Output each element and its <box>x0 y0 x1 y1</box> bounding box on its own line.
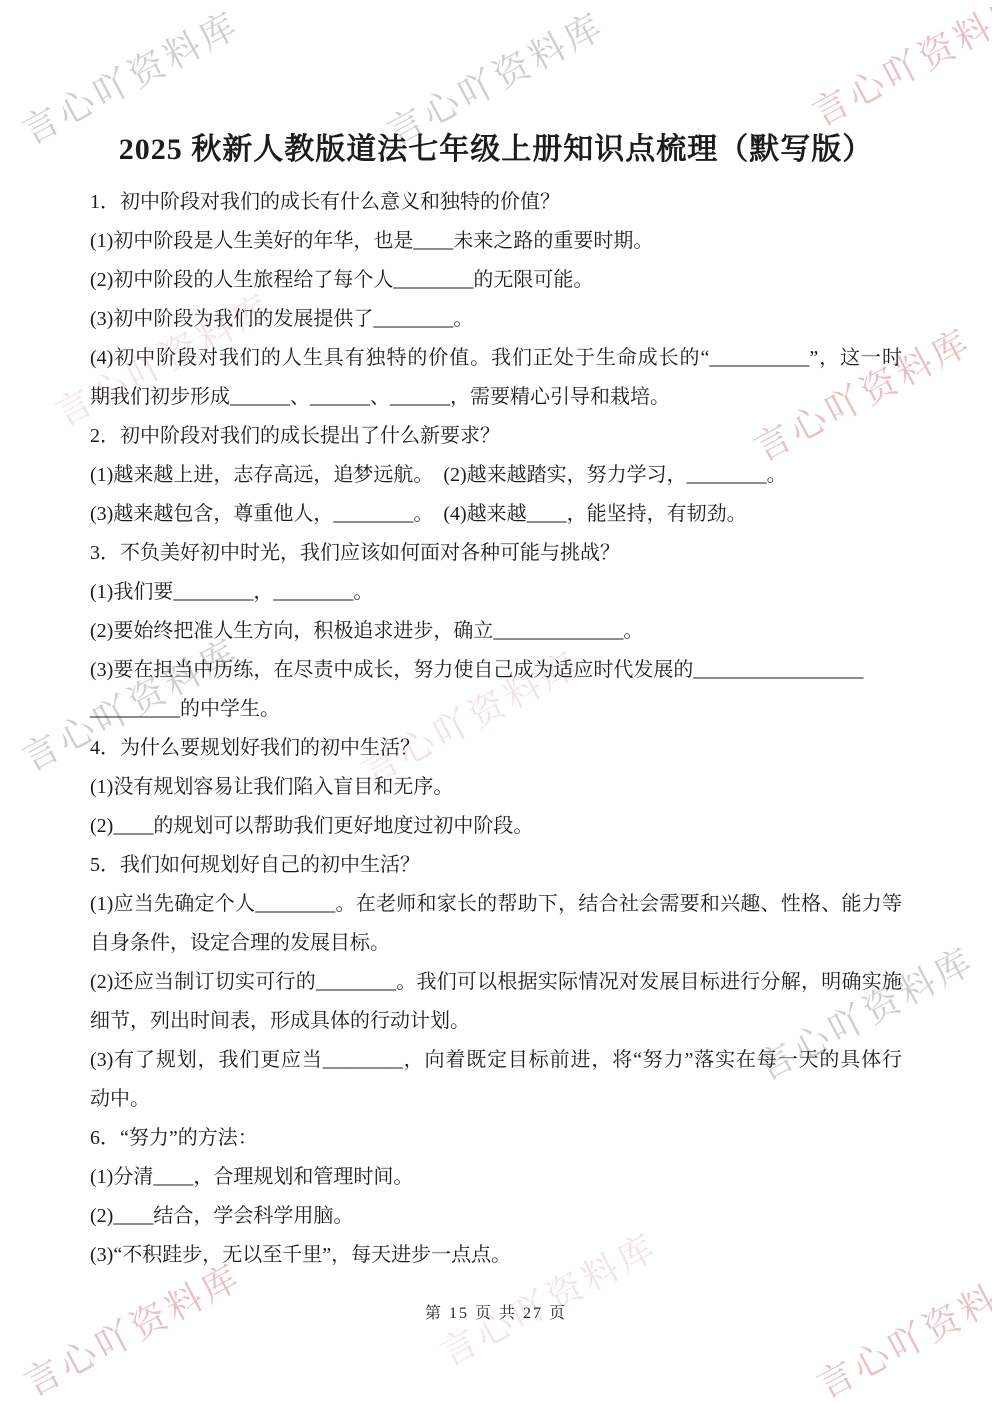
doc-line: (3)越来越包含，尊重他人，________。 (4)越来越____，能坚持，有… <box>90 495 902 534</box>
doc-line: (3)要在担当中历练，在尽责中成长，努力使自己成为适应时代发展的________… <box>90 651 902 690</box>
doc-line: 6．“努力”的方法： <box>90 1119 902 1158</box>
doc-line: (1)没有规划容易让我们陷入盲目和无序。 <box>90 768 902 807</box>
doc-line: (1)应当先确定个人________。在老师和家长的帮助下，结合社会需要和兴趣、… <box>90 885 902 924</box>
document-body: 1．初中阶段对我们的成长有什么意义和独特的价值？ (1)初中阶段是人生美好的年华… <box>90 183 902 1275</box>
page-footer: 第 15 页 共 27 页 <box>0 1300 992 1323</box>
doc-line: (2)初中阶段的人生旅程给了每个人________的无限可能。 <box>90 261 902 300</box>
doc-line: (3)初中阶段为我们的发展提供了________。 <box>90 300 902 339</box>
doc-line: (2)还应当制订切实可行的________。我们可以根据实际情况对发展目标进行分… <box>90 963 902 1002</box>
doc-line: (1)分清____，合理规划和管理时间。 <box>90 1158 902 1197</box>
watermark-text: 言心吖资料库 <box>802 0 992 137</box>
doc-line: _________的中学生。 <box>90 690 902 729</box>
doc-line: 2．初中阶段对我们的成长提出了什么新要求？ <box>90 417 902 456</box>
doc-line: 期我们初步形成______、______、______，需要精心引导和栽培。 <box>90 378 902 417</box>
page-title: 2025 秋新人教版道法七年级上册知识点梳理（默写版） <box>0 124 992 168</box>
doc-line: 4．为什么要规划好我们的初中生活？ <box>90 729 902 768</box>
doc-line: (1)越来越上进，志存高远，追梦远航。 (2)越来越踏实，努力学习，______… <box>90 456 902 495</box>
doc-line: (2)____结合，学会科学用脑。 <box>90 1197 902 1236</box>
doc-line: 动中。 <box>90 1080 902 1119</box>
doc-line: (1)初中阶段是人生美好的年华，也是____未来之路的重要时期。 <box>90 222 902 261</box>
doc-line: 5．我们如何规划好自己的初中生活？ <box>90 846 902 885</box>
doc-line: (2)要始终把准人生方向，积极追求进步，确立_____________。 <box>90 612 902 651</box>
doc-line: 自身条件，设定合理的发展目标。 <box>90 924 902 963</box>
doc-line: 细节，列出时间表，形成具体的行动计划。 <box>90 1002 902 1041</box>
document-page: 言心吖资料库 言心吖资料库 言心吖资料库 言心吖资料库 言心吖资料库 言心吖资料… <box>0 0 992 1403</box>
doc-line: (4)初中阶段对我们的人生具有独特的价值。我们正处于生命成长的“________… <box>90 339 902 378</box>
doc-line: (2)____的规划可以帮助我们更好地度过初中阶段。 <box>90 807 902 846</box>
doc-line: (3)有了规划，我们更应当________，向着既定目标前进，将“努力”落实在每… <box>90 1041 902 1080</box>
doc-line: 1．初中阶段对我们的成长有什么意义和独特的价值？ <box>90 183 902 222</box>
doc-line: 3．不负美好初中时光，我们应该如何面对各种可能与挑战？ <box>90 534 902 573</box>
doc-line: (3)“不积跬步，无以至千里”，每天进步一点点。 <box>90 1236 902 1275</box>
doc-line: (1)我们要________，________。 <box>90 573 902 612</box>
